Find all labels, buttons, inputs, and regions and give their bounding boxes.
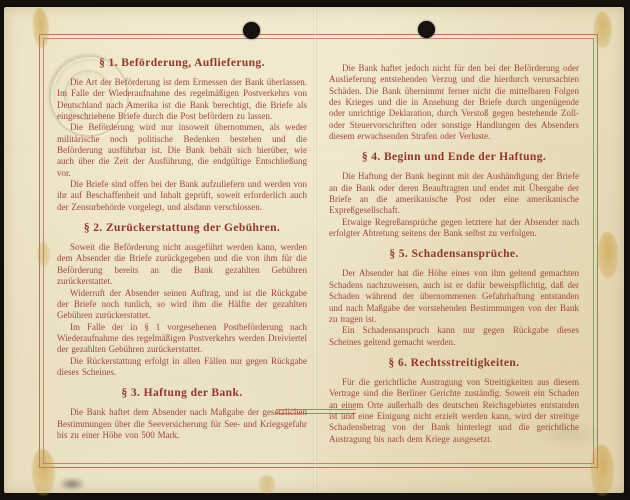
paragraph: Der Absender hat die Höhe eines von ihm … [329, 268, 579, 325]
section-5: § 5. Schadensansprüche. Der Absender hat… [329, 248, 579, 347]
tape-stain-bottom-center [259, 475, 275, 494]
stain-left-border [37, 242, 50, 267]
ink-show-through [537, 420, 601, 448]
paragraph: Die Art der Beförderung ist dem Ermessen… [57, 77, 307, 122]
paragraph: Die Rückerstattung erfolgt in allen Fäll… [57, 356, 307, 379]
section-3-continued: Die Bank haftet jedoch nicht für den bei… [329, 63, 579, 142]
left-text-column: § 1. Beförderung, Auflieferung. Die Art … [57, 57, 307, 441]
section-5-heading: § 5. Schadensansprüche. [329, 248, 579, 261]
paragraph: Die Haftung der Bank beginnt mit der Aus… [329, 171, 579, 216]
closing-rule [276, 409, 356, 414]
section-2-heading: § 2. Zurückerstattung der Gebühren. [57, 222, 307, 235]
paragraph: Die Bank haftet jedoch nicht für den bei… [329, 63, 579, 142]
section-1: § 1. Beförderung, Auflieferung. Die Art … [57, 57, 307, 213]
vertical-fold-crease [313, 7, 317, 493]
punch-hole-left [243, 22, 260, 39]
section-4: § 4. Beginn und Ende der Haftung. Die Ha… [329, 151, 579, 239]
paragraph: Die Briefe sind offen bei der Bank aufzu… [57, 179, 307, 213]
paragraph: Etwaige Regreßansprüche gegen letztere h… [329, 217, 579, 240]
section-3-heading: § 3. Haftung der Bank. [57, 387, 307, 400]
tape-stain-bottom-right [591, 445, 614, 496]
punch-hole-right [418, 21, 435, 38]
paragraph: Soweit die Beförderung nicht ausgeführt … [57, 242, 307, 287]
paragraph: Die Beförderung wird nur insoweit überno… [57, 122, 307, 179]
section-1-heading: § 1. Beförderung, Auflieferung. [57, 57, 307, 70]
tape-stain-bottom-left [32, 449, 55, 496]
paragraph: Im Falle der in § 1 vorgesehenen Postbef… [57, 322, 307, 356]
section-4-heading: § 4. Beginn und Ende der Haftung. [329, 151, 579, 164]
section-3: § 3. Haftung der Bank. Die Bank haftet d… [57, 387, 307, 441]
paragraph: Widerruft der Absender seinen Auftrag, u… [57, 288, 307, 322]
paragraph: Ein Schadensanspruch kann nur gegen Rück… [329, 325, 579, 348]
ink-smudge [58, 477, 86, 491]
paragraph: Die Bank haftet dem Absender nach Maßgab… [57, 407, 307, 441]
right-text-column: Die Bank haftet jedoch nicht für den bei… [329, 63, 579, 445]
section-2: § 2. Zurückerstattung der Gebühren. Sowe… [57, 222, 307, 378]
section-6-heading: § 6. Rechtsstreitigkeiten. [329, 357, 579, 370]
tape-stain-top-right [594, 12, 612, 48]
tape-stain-right-middle [598, 232, 618, 278]
